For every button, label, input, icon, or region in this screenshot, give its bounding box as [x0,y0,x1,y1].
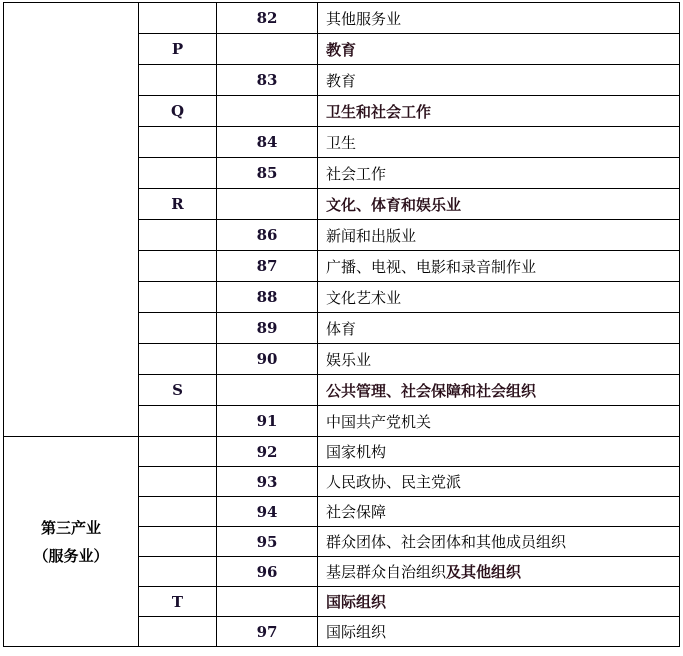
category-code: 83 [217,65,318,96]
category-name: 基层群众自治组织及其他组织 [318,557,680,587]
category-code: 84 [217,127,318,158]
category-letter [139,344,217,375]
industry-classification-table: 82 其他服务业 P 教育 83 教育 Q 卫生和社会工作 84 卫生 85 社… [3,2,680,647]
category-code [217,587,318,617]
category-name: 文化、体育和娱乐业 [318,189,680,220]
category-letter [139,467,217,497]
category-code: 94 [217,497,318,527]
category-letter: R [139,189,217,220]
category-letter [139,65,217,96]
category-name-regular: 基层群众自治组织 [326,563,446,581]
sector-label: 第三产业 [4,514,138,542]
category-name: 卫生 [318,127,680,158]
category-name: 教育 [318,65,680,96]
category-name-bold-suffix: 及其他组织 [446,563,521,581]
category-letter: P [139,34,217,65]
category-letter [139,127,217,158]
category-name: 群众团体、社会团体和其他成员组织 [318,527,680,557]
category-letter: S [139,375,217,406]
category-code: 92 [217,437,318,467]
category-name: 国家机构 [318,437,680,467]
category-letter: T [139,587,217,617]
category-name: 体育 [318,313,680,344]
category-name: 广播、电视、电影和录音制作业 [318,251,680,282]
category-letter: Q [139,96,217,127]
category-name: 娱乐业 [318,344,680,375]
category-letter [139,282,217,313]
category-name: 公共管理、社会保障和社会组织 [318,375,680,406]
category-letter [139,220,217,251]
category-code: 82 [217,3,318,34]
table-row: 82 其他服务业 [4,3,680,34]
category-name: 文化艺术业 [318,282,680,313]
category-code: 96 [217,557,318,587]
category-name: 其他服务业 [318,3,680,34]
category-code: 93 [217,467,318,497]
table-row: 第三产业 （服务业） 92 国家机构 [4,437,680,467]
category-name: 卫生和社会工作 [318,96,680,127]
category-code: 87 [217,251,318,282]
category-code: 90 [217,344,318,375]
category-code: 89 [217,313,318,344]
category-code [217,189,318,220]
sector-cell-tertiary: 第三产业 （服务业） [4,437,139,647]
category-letter [139,406,217,437]
category-letter [139,3,217,34]
category-letter [139,251,217,282]
category-code [217,96,318,127]
category-code: 97 [217,617,318,647]
category-code [217,34,318,65]
category-code: 85 [217,158,318,189]
category-code [217,375,318,406]
category-name: 新闻和出版业 [318,220,680,251]
sector-cell-upper [4,3,139,437]
sector-sublabel: （服务业） [4,542,138,570]
category-letter [139,313,217,344]
category-code: 95 [217,527,318,557]
category-letter [139,437,217,467]
category-code: 86 [217,220,318,251]
category-name: 社会保障 [318,497,680,527]
category-name: 社会工作 [318,158,680,189]
category-letter [139,617,217,647]
category-name: 国际组织 [318,587,680,617]
category-code: 88 [217,282,318,313]
category-letter [139,527,217,557]
category-name: 国际组织 [318,617,680,647]
category-letter [139,158,217,189]
category-name: 教育 [318,34,680,65]
category-letter [139,557,217,587]
category-name: 人民政协、民主党派 [318,467,680,497]
category-code: 91 [217,406,318,437]
category-letter [139,497,217,527]
category-name: 中国共产党机关 [318,406,680,437]
